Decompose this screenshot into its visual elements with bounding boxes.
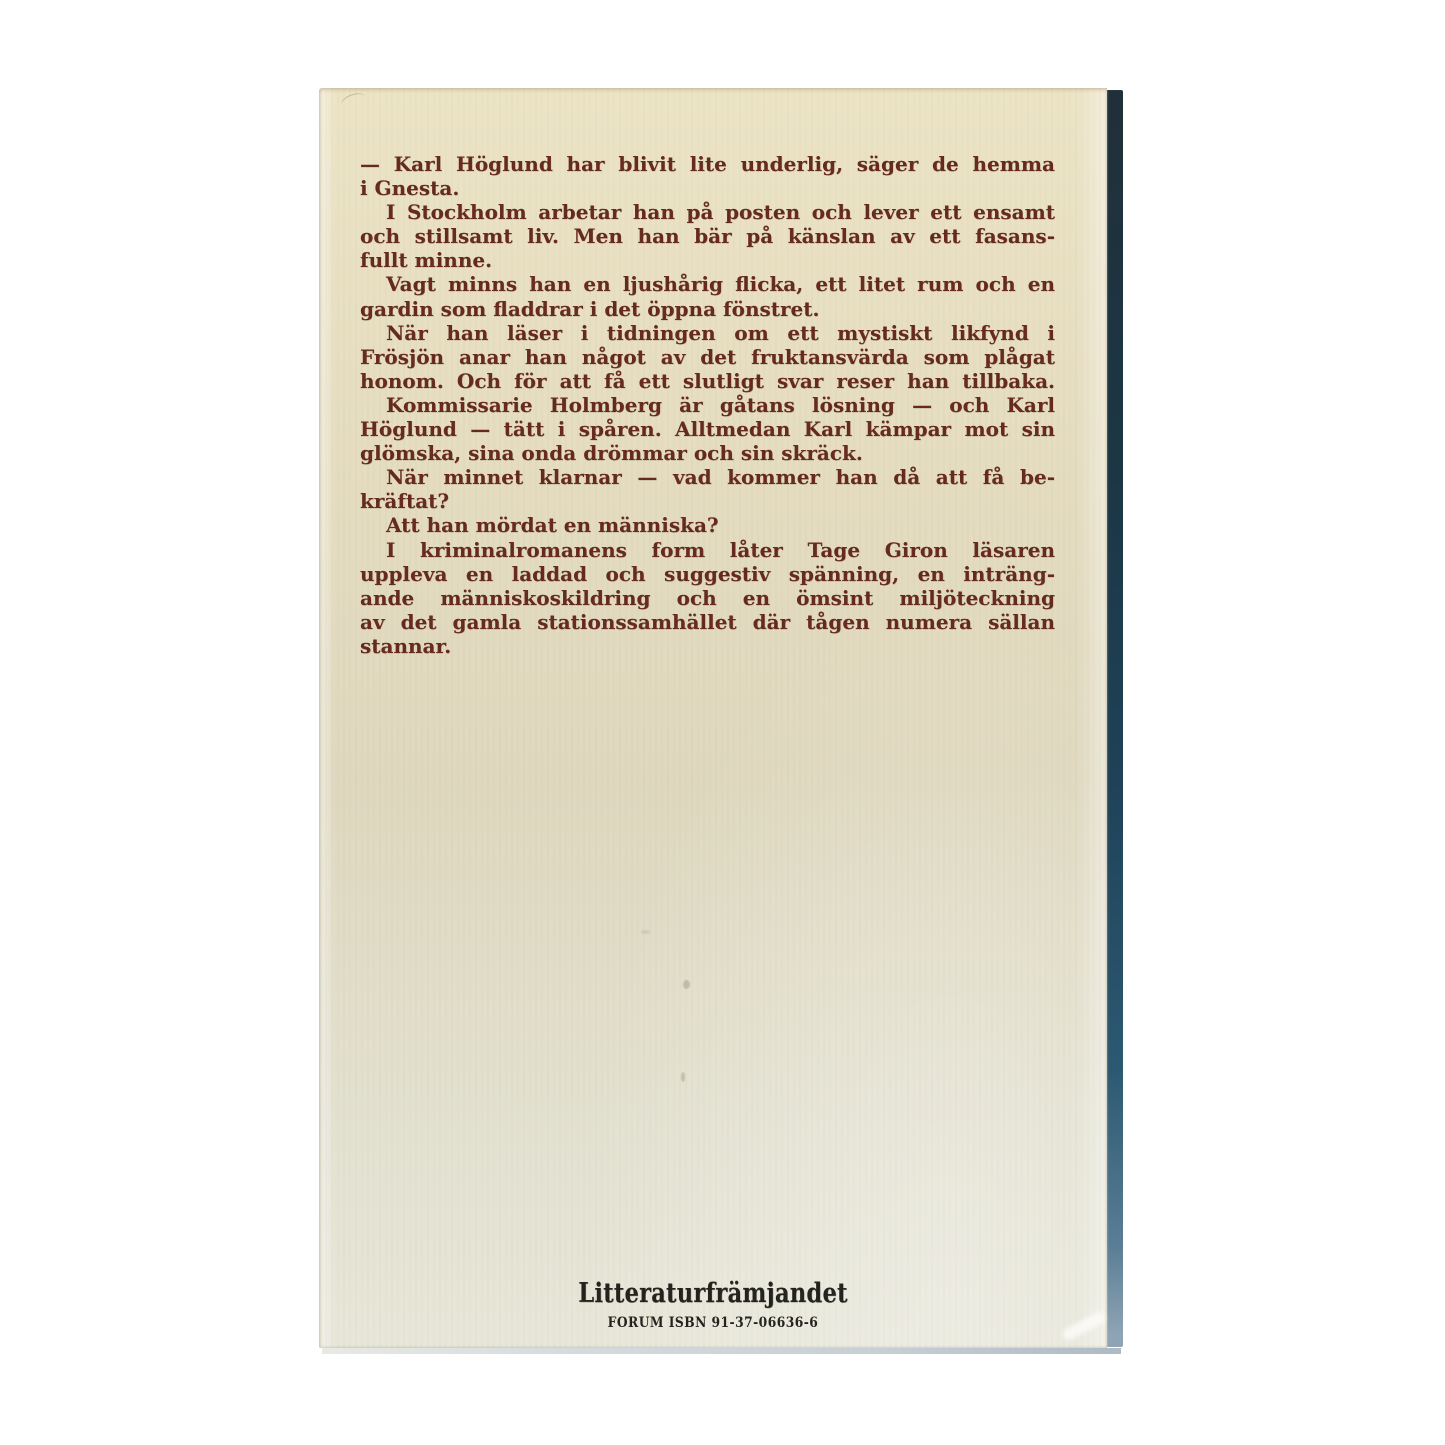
blurb-line: Vagt minns han en ljushårig flicka, ett … (360, 272, 1055, 296)
blurb-line: — Karl Höglund har blivit lite underlig,… (360, 152, 1055, 176)
blurb-line: glömska, sina onda drömmar och sin skräc… (360, 441, 1055, 465)
blurb-line: I Stockholm arbetar han på posten och le… (360, 200, 1055, 224)
blurb-line: När minnet klarnar — vad kommer han då a… (360, 465, 1055, 489)
blurb-line: ande människoskildring och en ömsint mil… (360, 586, 1055, 610)
blurb-line: honom. Och för att få ett slutligt svar … (360, 369, 1055, 393)
blurb-line: gardin som fladdrar i det öppna fönstret… (360, 297, 1055, 321)
cover-face: — Karl Höglund har blivit lite underlig,… (319, 88, 1107, 1348)
cover-smudge-mark (641, 930, 650, 934)
blurb-line: Kommissarie Holmberg är gåtans lösning —… (360, 393, 1055, 417)
blurb-line: I kriminalromanens form låter Tage Giron… (360, 538, 1055, 562)
publisher-name: Litteraturfrämjandet (382, 1278, 1044, 1310)
blurb-line: av det gamla stationssamhället där tågen… (360, 610, 1055, 634)
blurb-line: fullt minne. (360, 248, 1055, 272)
photo-background: — Karl Höglund har blivit lite underlig,… (0, 0, 1445, 1445)
blurb-line: i Gnesta. (360, 176, 1055, 200)
page-block-edge (322, 1348, 1121, 1354)
cover-scratch-mark (339, 90, 368, 112)
blurb-text-block: — Karl Höglund har blivit lite underlig,… (360, 152, 1055, 658)
blurb-line: kräftat? (360, 489, 1055, 513)
blurb-line: Att han mördat en människa? (360, 513, 1055, 537)
publisher-block: Litteraturfrämjandet FORUM ISBN 91-37-06… (319, 1278, 1107, 1332)
blurb-line: Höglund — tätt i spåren. Alltmedan Karl … (360, 417, 1055, 441)
blurb-line: stannar. (360, 634, 1055, 658)
blurb-line: och stillsamt liv. Men han bär på känsla… (360, 224, 1055, 248)
blurb-line: Frösjön anar han något av det fruktansvä… (360, 345, 1055, 369)
isbn-line: FORUM ISBN 91-37-06636-6 (366, 1314, 1059, 1332)
blurb-line: uppleva en laddad och suggestiv spänning… (360, 562, 1055, 586)
blurb-line: När han läser i tidningen om ett mystisk… (360, 321, 1055, 345)
cover-smudge-mark (681, 1072, 685, 1082)
book-back-cover: — Karl Höglund har blivit lite underlig,… (319, 88, 1123, 1354)
book-spine-edge (1107, 90, 1123, 1347)
cover-smudge-mark (683, 980, 690, 989)
